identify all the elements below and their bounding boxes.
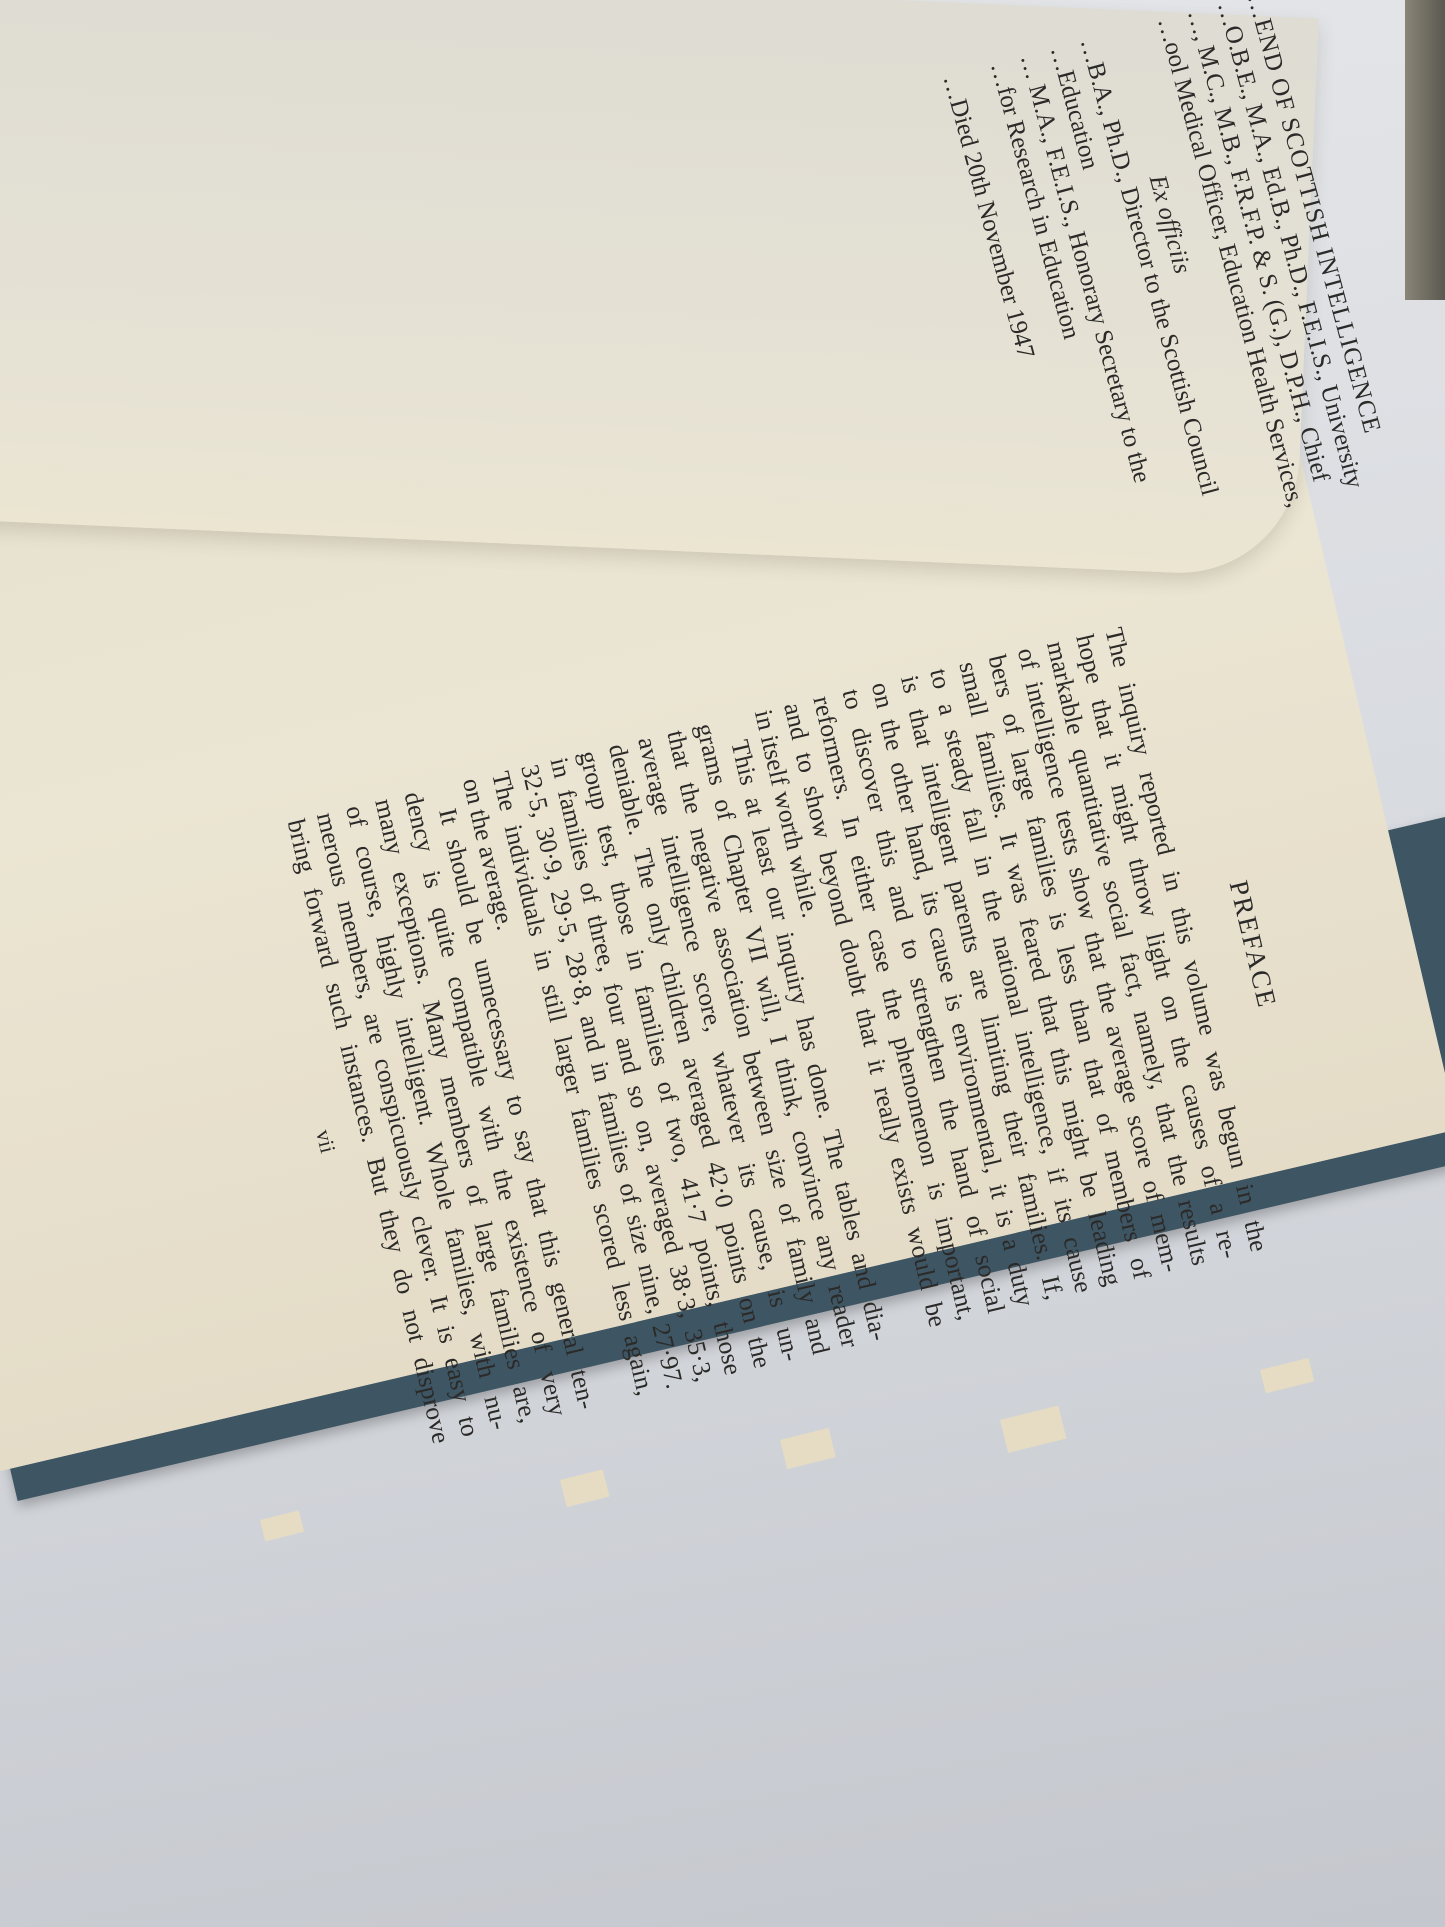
background-shadow	[1405, 0, 1445, 300]
